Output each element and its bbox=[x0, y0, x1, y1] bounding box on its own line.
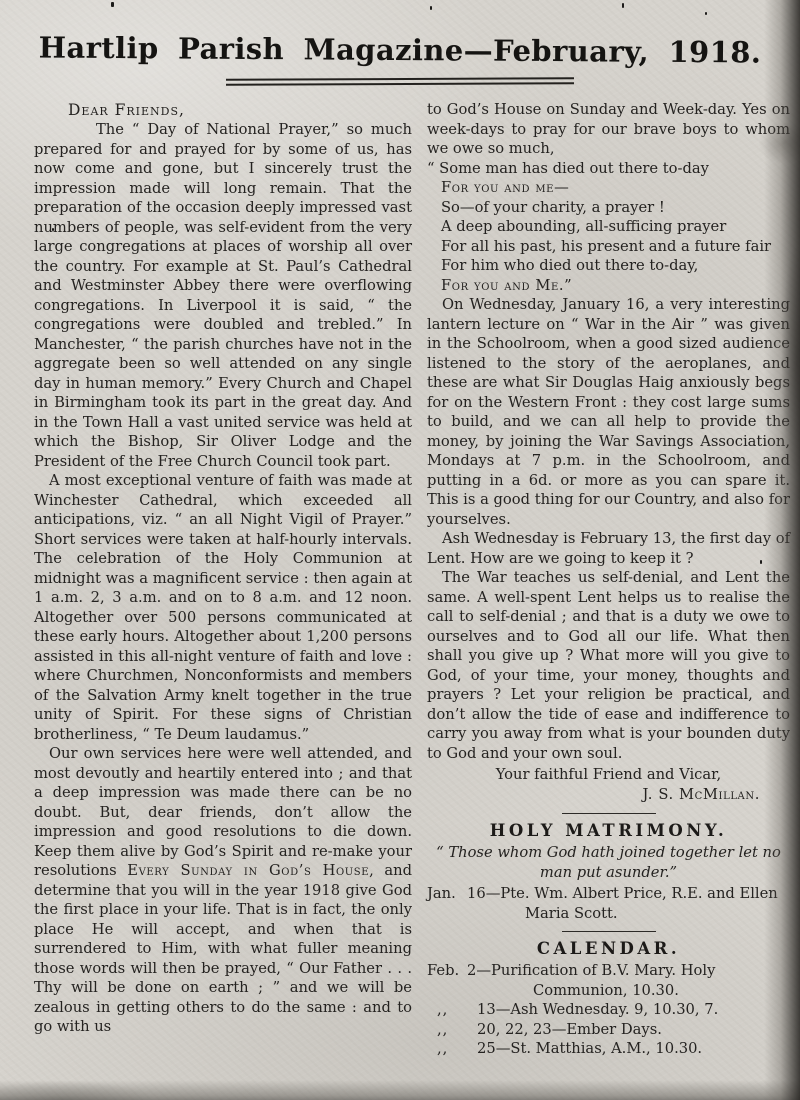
poem-line: For you and Me.” bbox=[427, 276, 790, 296]
page-title: Hartlip Parish Magazine—February, 1918. bbox=[0, 31, 800, 70]
right-column: to God’s House on Sunday and Week-day. Y… bbox=[427, 100, 790, 1059]
magazine-page: Hartlip Parish Magazine—February, 1918. … bbox=[0, 0, 800, 1100]
paragraph-war-lent: The War teaches us self-denial, and Lent… bbox=[427, 568, 790, 763]
ink-speck bbox=[760, 560, 762, 564]
paragraph-winchester-vigil: A most exceptional venture of faith was … bbox=[34, 471, 412, 744]
left-column: Dear Friends, The “ Day of National Pray… bbox=[34, 100, 412, 1059]
calendar-heading: CALENDAR. bbox=[427, 938, 790, 960]
poem-line: For him who died out there to-day, bbox=[427, 256, 790, 276]
paragraph-ash-wednesday: Ash Wednesday is February 13, the first … bbox=[427, 529, 790, 568]
paragraph-text: , and determine that you will in the yea… bbox=[34, 862, 412, 1035]
ink-speck bbox=[52, 228, 54, 231]
calendar-entry: ,, 20, 22, 23—Ember Days. bbox=[427, 1020, 790, 1040]
matrimony-entry: Jan. 16—Pte. Wm. Albert Price, R.E. and … bbox=[427, 884, 790, 923]
small-caps-phrase: Every Sunday in God’s House bbox=[127, 862, 369, 879]
memorial-poem: “ Some man has died out there to-day For… bbox=[427, 159, 790, 296]
section-divider bbox=[562, 813, 656, 814]
calendar-entry: Feb. 2—Purification of B.V. Mary. Holy C… bbox=[427, 961, 790, 1000]
vicar-signature: J. S. McMillan. bbox=[427, 785, 790, 805]
paragraph-text: Our own services here were well attended… bbox=[34, 745, 412, 879]
poem-line: “ Some man has died out there to-day bbox=[427, 159, 790, 179]
calendar-entry: ,, 13—Ash Wednesday. 9, 10.30, 7. bbox=[427, 1000, 790, 1020]
paragraph-lantern-lecture: On Wednesday, January 16, a very interes… bbox=[427, 295, 790, 529]
ditto-mark: ,, bbox=[427, 1000, 477, 1020]
entry-month-label: Jan. bbox=[427, 884, 467, 923]
holy-matrimony-heading: HOLY MATRIMONY. bbox=[427, 820, 790, 842]
salutation: Dear Friends, bbox=[34, 100, 412, 120]
paragraph-national-prayer: The “ Day of National Prayer,” so much p… bbox=[34, 120, 412, 471]
entry-text: 25—St. Matthias, A.M., 10.30. bbox=[477, 1039, 790, 1059]
calendar-entry: ,, 25—St. Matthias, A.M., 10.30. bbox=[427, 1039, 790, 1059]
entry-text: 16—Pte. Wm. Albert Price, R.E. and Ellen… bbox=[467, 884, 790, 923]
masthead: Hartlip Parish Magazine—February, 1918. bbox=[0, 0, 800, 85]
entry-text: 20, 22, 23—Ember Days. bbox=[477, 1020, 790, 1040]
paragraph-own-services: Our own services here were well attended… bbox=[34, 744, 412, 1037]
entry-text: 13—Ash Wednesday. 9, 10.30, 7. bbox=[477, 1000, 790, 1020]
ditto-mark: ,, bbox=[427, 1020, 477, 1040]
ink-speck bbox=[430, 6, 432, 10]
closing-line: Your faithful Friend and Vicar, bbox=[427, 765, 790, 785]
entry-text: 2—Purification of B.V. Mary. Holy Commun… bbox=[467, 961, 790, 1000]
poem-line: So—of your charity, a prayer ! bbox=[427, 198, 790, 218]
ink-speck bbox=[622, 3, 624, 8]
two-column-body: Dear Friends, The “ Day of National Pray… bbox=[0, 85, 800, 1059]
poem-line: For all his past, his present and a futu… bbox=[427, 237, 790, 257]
entry-month-label: Feb. bbox=[427, 961, 467, 1000]
ink-speck bbox=[111, 2, 114, 7]
ink-speck bbox=[705, 12, 707, 15]
poem-line: For you and me— bbox=[427, 178, 790, 198]
poem-line: A deep abounding, all-sufficing prayer bbox=[427, 217, 790, 237]
paragraph-continuation: to God’s House on Sunday and Week-day. Y… bbox=[427, 100, 790, 159]
section-divider bbox=[562, 931, 656, 932]
matrimony-quote: “ Those whom God hath joined together le… bbox=[427, 843, 790, 882]
ditto-mark: ,, bbox=[427, 1039, 477, 1059]
